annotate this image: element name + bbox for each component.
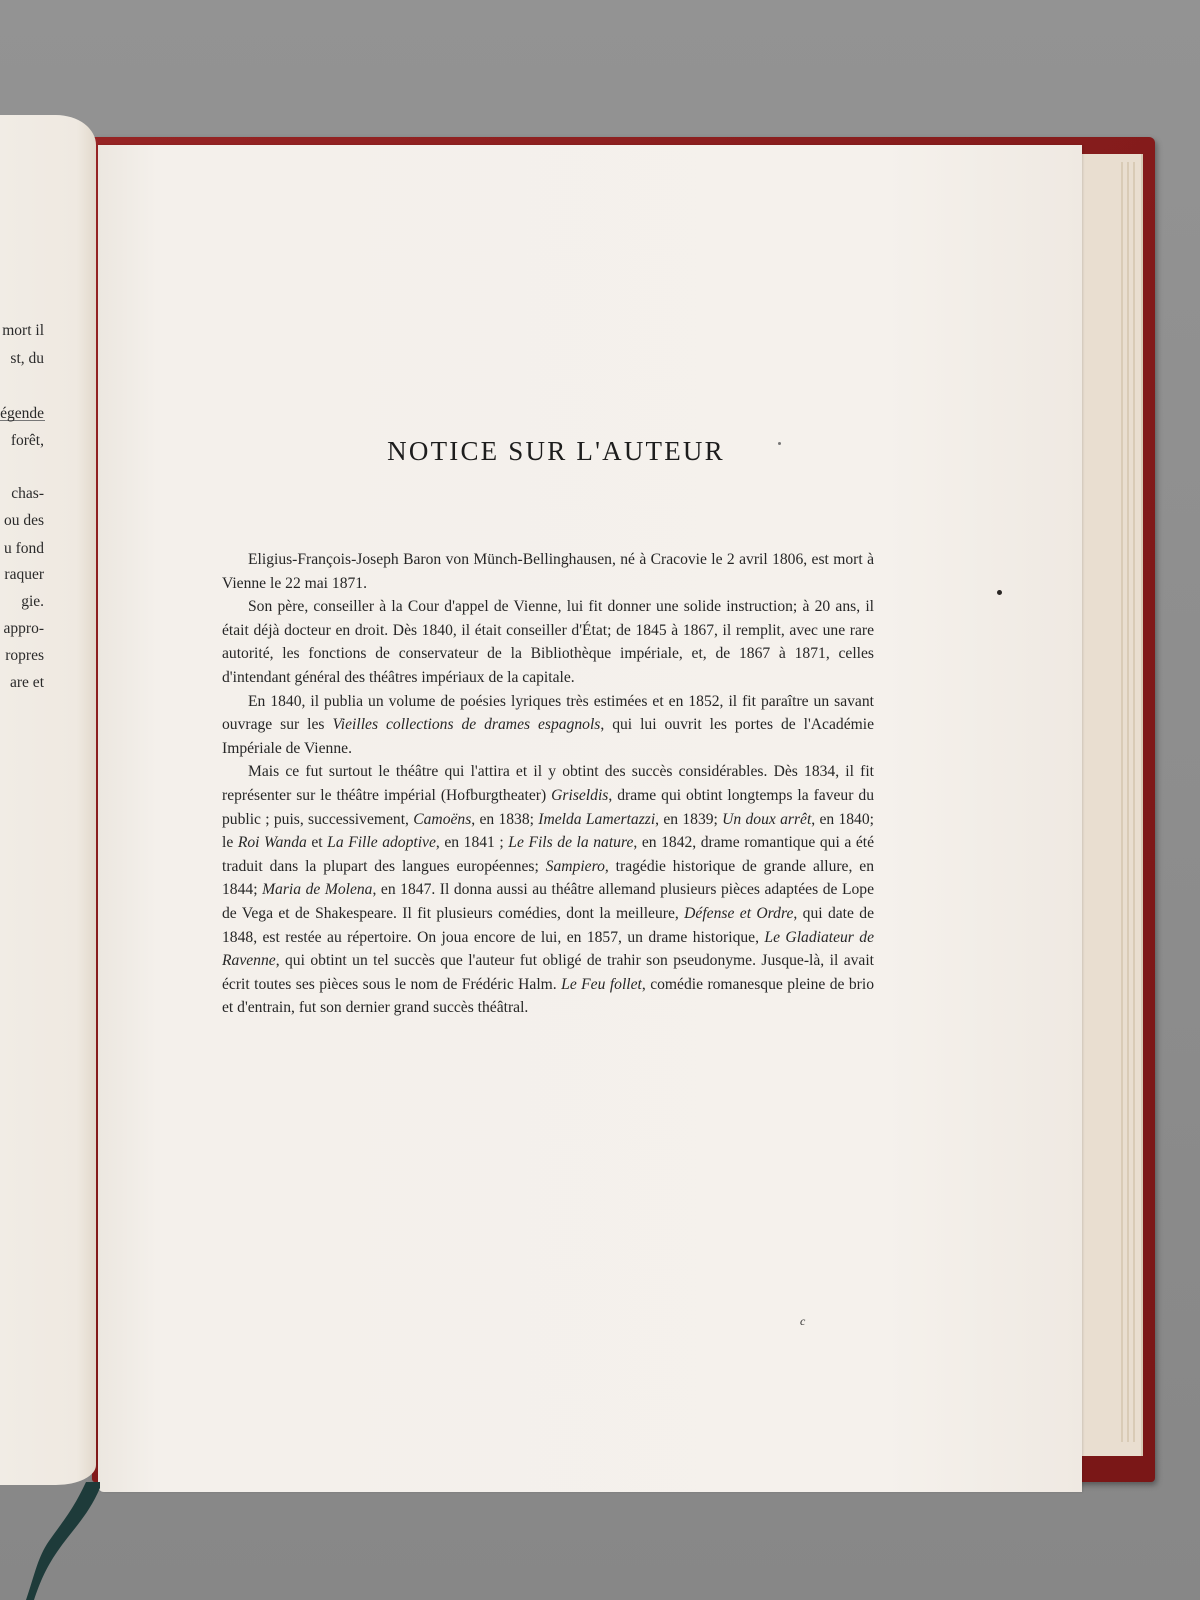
left-line-fragment: chas-: [11, 485, 44, 503]
text-run: Son père, conseiller à la Cour d'appel d…: [222, 598, 874, 686]
work-title: Camoëns: [413, 811, 471, 828]
left-line-fragment: appro-: [4, 620, 44, 638]
ink-speck: [997, 590, 1002, 595]
work-title: Griseldis: [551, 787, 608, 804]
work-title: Le Fils de la nature: [508, 834, 633, 851]
work-title: Le Feu follet: [561, 976, 642, 993]
paragraph: Eligius-François-Joseph Baron von Münch-…: [222, 548, 874, 595]
work-title: Sampiero: [546, 858, 605, 875]
signature-mark: c: [800, 1314, 805, 1329]
left-line-fragment: raquer: [4, 566, 44, 584]
text-run: , en 1839;: [655, 811, 722, 828]
text-run: et: [307, 834, 327, 851]
work-title: Roi Wanda: [238, 834, 307, 851]
left-page: mort ilst, duégendeforêt,chas-ou desu fo…: [0, 115, 96, 1485]
work-title: Un doux arrêt: [722, 811, 811, 828]
text-run: , en 1841 ;: [436, 834, 508, 851]
paragraph: Mais ce fut surtout le théâtre qui l'att…: [222, 760, 874, 1020]
work-title: La Fille adoptive: [327, 834, 436, 851]
left-line-fragment: u fond: [4, 540, 44, 558]
work-title: Vieilles collections de drames espagnols: [332, 716, 600, 733]
left-line-fragment: st, du: [10, 350, 44, 368]
text-run: , en 1838;: [471, 811, 538, 828]
paragraph: Son père, conseiller à la Cour d'appel d…: [222, 595, 874, 689]
work-title: Défense et Ordre: [684, 905, 793, 922]
left-line-fragment: ou des: [4, 512, 44, 530]
notice-body: Eligius-François-Joseph Baron von Münch-…: [222, 548, 874, 1020]
left-line-fragment: forêt,: [11, 432, 44, 450]
ink-speck: [778, 442, 781, 445]
work-title: Maria de Molena: [262, 881, 372, 898]
work-title: Imelda Lamertazzi: [538, 811, 655, 828]
left-line-fragment: mort il: [2, 322, 44, 340]
ribbon-bookmark-icon: [22, 1482, 102, 1600]
text-run: Eligius-François-Joseph Baron von Münch-…: [222, 551, 874, 592]
paragraph: En 1840, il publia un volume de poésies …: [222, 690, 874, 761]
left-line-fragment: ropres: [5, 647, 44, 665]
page-title: NOTICE SUR L'AUTEUR: [376, 436, 736, 467]
left-line-fragment: are et: [10, 674, 44, 692]
left-line-fragment: gie.: [21, 593, 44, 611]
left-line-fragment: égende: [0, 405, 44, 423]
